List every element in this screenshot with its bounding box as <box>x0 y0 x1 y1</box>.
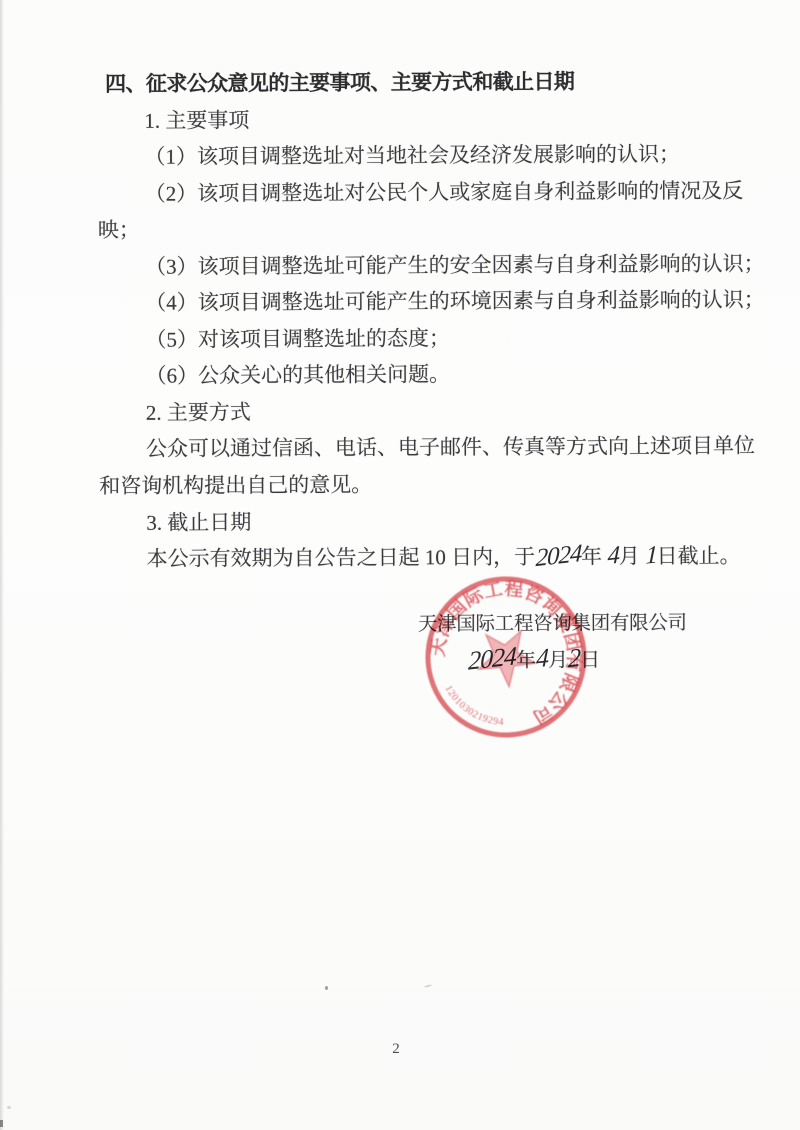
page-number: 2 <box>0 1041 796 1058</box>
item-1-point-6: （6）公众关心的其他相关问题。 <box>99 355 739 395</box>
item-3-title: 3. 截止日期 <box>99 501 739 541</box>
star-icon <box>469 617 546 693</box>
item-1-title: 1. 主要事项 <box>97 99 737 139</box>
item-2-body-line-2: 和咨询机构提出自己的意见。 <box>99 465 739 505</box>
company-seal-stamp: 天津国际工程咨询集团有限公司 1201030219294 <box>400 551 612 763</box>
item-1-point-3: （3）该项目调整选址可能产生的安全因素与自身利益影响的认识； <box>98 245 738 285</box>
deadline-month-unit: 月 <box>619 544 645 568</box>
scan-speck <box>0 1120 3 1127</box>
item-1-point-1: （1）该项目调整选址对当地社会及经济发展影响的认识； <box>97 136 737 176</box>
deadline-suffix: 日截止。 <box>657 544 741 568</box>
scan-speck <box>7 1106 11 1109</box>
section-heading: 四、征求公众意见的主要事项、主要方式和截止日期 <box>97 63 737 103</box>
deadline-day-handwritten: 1 <box>645 542 657 568</box>
item-2-title: 2. 主要方式 <box>99 392 739 432</box>
item-1-point-5: （5）对该项目调整选址的态度； <box>98 318 738 358</box>
scan-speck <box>424 984 432 988</box>
item-2-body-line-1: 公众可以通过信函、电话、电子邮件、传真等方式向上述项目单位 <box>99 428 739 468</box>
scanned-document-page: 四、征求公众意见的主要事项、主要方式和截止日期 1. 主要事项 （1）该项目调整… <box>0 0 800 1130</box>
item-1-point-2-line-2: 映； <box>98 209 738 249</box>
item-1-point-2-line-1: （2）该项目调整选址对公民个人或家庭自身利益影响的情况及反 <box>98 172 738 212</box>
scan-edge-shadow <box>0 0 4 1130</box>
scan-speck <box>325 986 328 990</box>
item-1-point-4: （4）该项目调整选址可能产生的环境因素与自身利益影响的认识； <box>98 282 738 322</box>
